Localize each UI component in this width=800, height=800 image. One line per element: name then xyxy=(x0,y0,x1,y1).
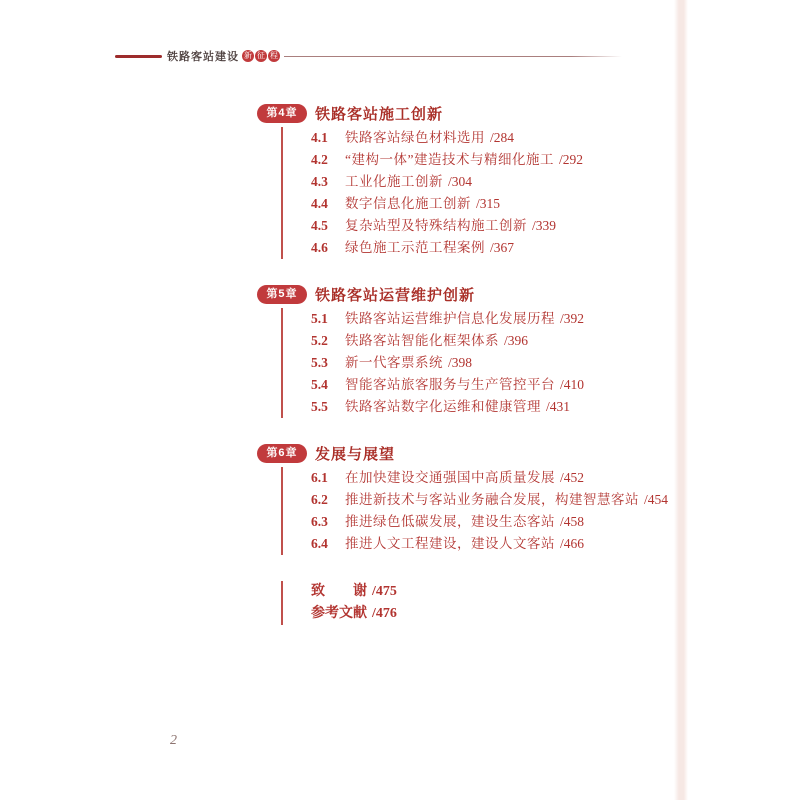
toc-item: 5.1 铁路客站运营维护信息化发展历程 /392 xyxy=(311,308,687,330)
toc-item-page: /466 xyxy=(560,533,584,555)
toc-item: 参考文献 /476 xyxy=(311,603,687,625)
toc-item-title: 绿色施工示范工程案例 xyxy=(345,237,485,259)
toc-item-title: 数字信息化施工创新 xyxy=(345,193,471,215)
toc-item: 4.3 工业化施工创新 /304 xyxy=(311,171,687,193)
toc-item-title: 新一代客票系统 xyxy=(345,352,443,374)
toc-item-number: 6.2 xyxy=(311,489,337,511)
toc-item-title: 致 谢 xyxy=(311,581,367,603)
book-title: 铁路客站建设 xyxy=(167,48,239,64)
toc-item: 6.4 推进人文工程建设，建设人文客站 /466 xyxy=(311,533,687,555)
toc-item-page: /392 xyxy=(560,308,584,330)
toc-item: 5.3 新一代客票系统 /398 xyxy=(311,352,687,374)
toc-item: 6.2 推进新技术与客站业务融合发展，构建智慧客站 /454 xyxy=(311,489,687,511)
toc-item: 5.4 智能客站旅客服务与生产管控平台 /410 xyxy=(311,374,687,396)
toc-item-page: /452 xyxy=(560,467,584,489)
toc-item-page: /475 xyxy=(372,581,397,603)
chapter-head: 第6章 发展与展望 xyxy=(257,444,687,463)
toc-chapter: 第6章 发展与展望 6.1 在加快建设交通强国中高质量发展 /452 6.2 推… xyxy=(257,444,687,555)
book-page: 铁路客站建设 新 征 程 第4章 铁路客站施工创新 4.1 铁路客站绿色材料选用… xyxy=(0,0,800,800)
back-matter: 致 谢 /475 参考文献 /476 xyxy=(281,581,687,625)
toc-item-title: 推进人文工程建设，建设人文客站 xyxy=(345,533,555,555)
toc-item: 4.5 复杂站型及特殊结构施工创新 /339 xyxy=(311,215,687,237)
toc-item-page: /398 xyxy=(448,352,472,374)
toc-item-page: /304 xyxy=(448,171,472,193)
toc-item-title: 智能客站旅客服务与生产管控平台 xyxy=(345,374,555,396)
toc-item-number: 5.4 xyxy=(311,374,337,396)
toc-item: 4.2 “建构一体”建造技术与精细化施工 /292 xyxy=(311,149,687,171)
chapter-items: 4.1 铁路客站绿色材料选用 /284 4.2 “建构一体”建造技术与精细化施工… xyxy=(281,127,687,259)
chapter-items: 6.1 在加快建设交通强国中高质量发展 /452 6.2 推进新技术与客站业务融… xyxy=(281,467,687,555)
toc-item-number: 4.6 xyxy=(311,237,337,259)
toc-item-title: 工业化施工创新 xyxy=(345,171,443,193)
toc-item: 5.2 铁路客站智能化框架体系 /396 xyxy=(311,330,687,352)
toc-item: 4.4 数字信息化施工创新 /315 xyxy=(311,193,687,215)
toc-item-title: 铁路客站运营维护信息化发展历程 xyxy=(345,308,555,330)
toc-item-page: /431 xyxy=(546,396,570,418)
toc-item-title: 铁路客站智能化框架体系 xyxy=(345,330,499,352)
seal-badges: 新 征 程 xyxy=(241,50,280,62)
chapter-head: 第4章 铁路客站施工创新 xyxy=(257,104,687,123)
seal-icon: 程 xyxy=(268,50,280,62)
page-number: 2 xyxy=(170,733,177,749)
toc-item-page: /284 xyxy=(490,127,514,149)
toc-item: 4.6 绿色施工示范工程案例 /367 xyxy=(311,237,687,259)
toc-item: 致 谢 /475 xyxy=(311,581,687,603)
toc-item-number: 6.3 xyxy=(311,511,337,533)
chapter-badge: 第4章 xyxy=(257,104,307,123)
toc-item-number: 4.3 xyxy=(311,171,337,193)
toc-chapter: 第5章 铁路客站运营维护创新 5.1 铁路客站运营维护信息化发展历程 /392 … xyxy=(257,285,687,418)
seal-icon: 新 xyxy=(242,50,254,62)
toc-item-page: /454 xyxy=(644,489,668,511)
toc-item-page: /410 xyxy=(560,374,584,396)
toc-item-title: 参考文献 xyxy=(311,603,367,625)
toc-item-number: 5.3 xyxy=(311,352,337,374)
toc-item-page: /476 xyxy=(372,603,397,625)
toc-item-number: 4.4 xyxy=(311,193,337,215)
toc-item-page: /458 xyxy=(560,511,584,533)
toc-item-title: 铁路客站绿色材料选用 xyxy=(345,127,485,149)
chapter-title: 铁路客站施工创新 xyxy=(315,103,443,124)
toc-item-title: 铁路客站数字化运维和健康管理 xyxy=(345,396,541,418)
header-rule-thin xyxy=(284,56,622,57)
toc-item-title: 在加快建设交通强国中高质量发展 xyxy=(345,467,555,489)
toc-item-number: 6.1 xyxy=(311,467,337,489)
toc-item-title: 推进绿色低碳发展，建设生态客站 xyxy=(345,511,555,533)
toc-item-number: 5.5 xyxy=(311,396,337,418)
toc-item-number: 4.1 xyxy=(311,127,337,149)
chapter-badge: 第5章 xyxy=(257,285,307,304)
toc-item-page: /396 xyxy=(504,330,528,352)
toc-item-page: /367 xyxy=(490,237,514,259)
seal-icon: 征 xyxy=(255,50,267,62)
toc-item-page: /315 xyxy=(476,193,500,215)
toc-item-number: 4.5 xyxy=(311,215,337,237)
toc-item-title: “建构一体”建造技术与精细化施工 xyxy=(345,149,554,171)
chapter-badge: 第6章 xyxy=(257,444,307,463)
toc-item-title: 推进新技术与客站业务融合发展，构建智慧客站 xyxy=(345,489,639,511)
toc-item-number: 5.2 xyxy=(311,330,337,352)
toc: 第4章 铁路客站施工创新 4.1 铁路客站绿色材料选用 /284 4.2 “建构… xyxy=(257,104,687,625)
toc-item: 5.5 铁路客站数字化运维和健康管理 /431 xyxy=(311,396,687,418)
chapter-head: 第5章 铁路客站运营维护创新 xyxy=(257,285,687,304)
toc-item-page: /292 xyxy=(559,149,583,171)
running-head: 铁路客站建设 新 征 程 xyxy=(115,47,622,65)
toc-item: 6.1 在加快建设交通强国中高质量发展 /452 xyxy=(311,467,687,489)
toc-chapter: 第4章 铁路客站施工创新 4.1 铁路客站绿色材料选用 /284 4.2 “建构… xyxy=(257,104,687,259)
toc-item-title: 复杂站型及特殊结构施工创新 xyxy=(345,215,527,237)
toc-item: 4.1 铁路客站绿色材料选用 /284 xyxy=(311,127,687,149)
toc-item-page: /339 xyxy=(532,215,556,237)
chapter-title: 发展与展望 xyxy=(315,443,395,464)
toc-item-number: 6.4 xyxy=(311,533,337,555)
toc-item: 6.3 推进绿色低碳发展，建设生态客站 /458 xyxy=(311,511,687,533)
chapter-title: 铁路客站运营维护创新 xyxy=(315,284,475,305)
header-rule-thick xyxy=(115,55,162,58)
toc-item-number: 4.2 xyxy=(311,149,337,171)
chapter-items: 5.1 铁路客站运营维护信息化发展历程 /392 5.2 铁路客站智能化框架体系… xyxy=(281,308,687,418)
toc-item-number: 5.1 xyxy=(311,308,337,330)
